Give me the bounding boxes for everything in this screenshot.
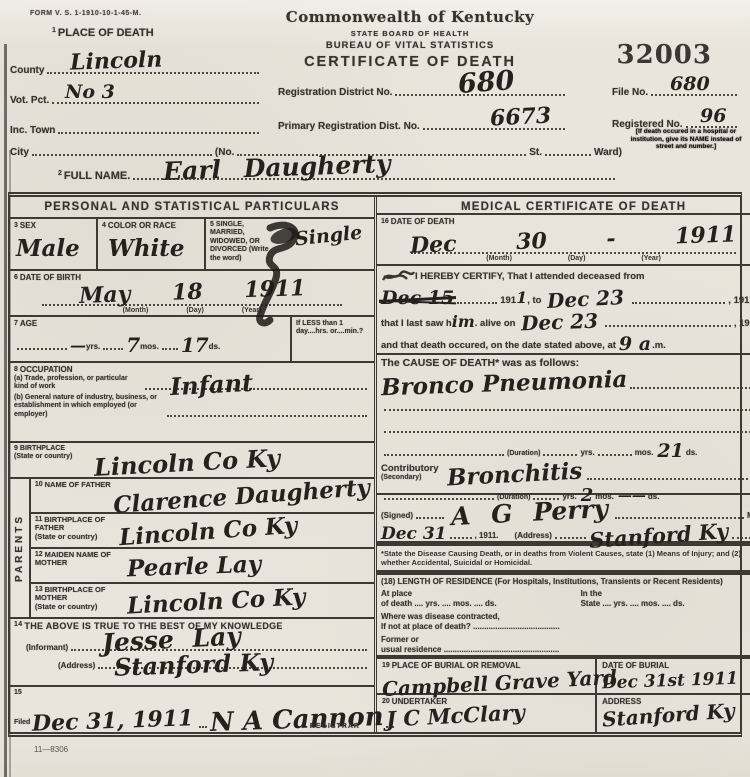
filed-date-value: Dec 31, 1911 (32, 707, 194, 735)
mother-birthplace-label-text: BIRTHPLACE OF MOTHER (35, 585, 106, 603)
parents-label-text: PARENTS (14, 514, 25, 582)
dotted-leader (605, 325, 730, 327)
sex-label: 3SEX (14, 221, 92, 231)
precinct-label: Vot. Pct. (10, 95, 49, 106)
dotted-leader (632, 302, 726, 304)
cause-duration-mos-label: mos. (635, 448, 654, 458)
birthplace-sub-label: (State or country) (14, 453, 72, 460)
signed-year: , 1911. (475, 531, 499, 541)
contributory-label: Contributory(Secondary) (381, 465, 439, 483)
mother-maiden-name-row: 12MAIDEN NAME OF MOTHER Pearle Lay (31, 549, 374, 584)
precinct-row: Vot. Pct. No 3 (10, 80, 262, 106)
occupation-a-label: (a) Trade, profession, or particular kin… (14, 375, 142, 392)
dod-sub-month: (Month) (486, 255, 512, 262)
signed-address-label: (Address) (515, 531, 552, 541)
full-name-value: Earl Daugherty (163, 151, 391, 184)
form-code-bottom: 11—8306 (34, 745, 68, 754)
dotted-leader (457, 302, 497, 304)
dotted-leader (167, 415, 367, 417)
field-number-13: 13 (35, 586, 43, 593)
age-years-value: — (70, 338, 86, 354)
burial-date-cell: DATE OF BURIAL Dec 31st 1911 (597, 659, 750, 693)
registrar-signature: N A Cannon (209, 704, 383, 736)
birthplace-label-text: BIRTHPLACE (20, 445, 65, 452)
residence-at-place: At placeof death .... yrs. .... mos. ...… (381, 589, 567, 609)
field-number-1: 1 (52, 27, 56, 34)
residence-contracted-1: Where was disease contracted, (381, 612, 500, 621)
primary-registration-label: Primary Registration Dist. No. (278, 121, 420, 132)
certify-line4: and that death occured, on the date stat… (381, 340, 616, 351)
dotted-leader (555, 537, 586, 539)
dotted-leader (384, 409, 750, 411)
burial-row: 19PLACE OF BURIAL OR REMOVAL Campbell Gr… (377, 657, 750, 695)
hospital-note: [If death occured in a hospital or insti… (630, 128, 742, 151)
age-days-label: ds. (209, 342, 221, 352)
dod-sub-day: (Day) (568, 255, 586, 262)
field-number-19: 19 (382, 662, 390, 669)
place-of-death-heading: 1PLACE OF DEATH (52, 27, 154, 39)
field-number-20: 20 (382, 698, 390, 705)
father-name-row: 10NAME OF FATHER Clarence Daugherty (31, 479, 374, 514)
occupation-row: 8OCCUPATION (a) Trade, profession, or pa… (10, 363, 374, 443)
father-birthplace-sub-label: (State or country) (35, 532, 98, 541)
sex-cell: 3SEX Male (10, 219, 98, 269)
cause-footnote: *State the Disease Causing Death, or in … (377, 543, 750, 573)
field-number-16: 16 (381, 218, 389, 225)
residence-at-place-2: of death .... yrs. .... mos. .... ds. (381, 599, 497, 608)
primary-registration-row: Primary Registration Dist. No. 6673 (278, 102, 568, 132)
race-cell: 4COLOR OR RACE White (98, 219, 206, 269)
primary-registration-value: 6673 (489, 104, 551, 129)
field-number-4: 4 (102, 222, 106, 229)
undertaker-cell: 20UNDERTAKER J C McClary (377, 695, 597, 732)
registration-district-value: 680 (457, 67, 515, 98)
sex-value: Male (16, 235, 80, 262)
parents-block: PARENTS 10NAME OF FATHER Clarence Daughe… (10, 479, 374, 619)
age-years-label: yrs. (86, 342, 100, 352)
ink-blot (240, 220, 325, 330)
filed-label: Filed (14, 719, 30, 728)
bureau-subtitle: BUREAU OF VITAL STATISTICS (255, 40, 565, 51)
mother-birthplace-row: 13BIRTHPLACE OF MOTHER(State or country)… (31, 584, 374, 617)
inc-town-label: Inc. Town (10, 125, 55, 136)
dotted-leader (199, 726, 207, 728)
burial-date-value: Dec 31st 1911 (602, 671, 739, 693)
residence-contracted-2: If not at place of death? ..............… (381, 622, 560, 631)
field-number-2: 2 (58, 170, 62, 177)
cause-duration-label: (Duration) (507, 450, 540, 459)
dotted-leader (416, 517, 444, 519)
personal-section-title: PERSONAL AND STATISTICAL PARTICULARS (10, 197, 374, 219)
certify-saw-date: Dec 23 (521, 311, 599, 334)
field-number-15: 15 (14, 689, 370, 698)
certificate-number: 32003 (617, 40, 712, 70)
residence-row: (18) LENGTH OF RESIDENCE (For Hospitals,… (377, 573, 750, 657)
certify-saw-mid: . alive on (475, 318, 516, 329)
county-label: County (10, 65, 44, 76)
certify-line1: I HEREBY CERTIFY, That I attended deceas… (415, 271, 644, 282)
field-number-6: 6 (14, 274, 18, 281)
field-number-5: 5 (210, 221, 214, 228)
residence-former: Former orusual residence ...............… (381, 635, 750, 655)
cause-duration-yrs-label: yrs. (580, 448, 594, 458)
sex-label-text: SEX (20, 221, 36, 230)
full-name-label: 2FULL NAME. (58, 170, 130, 182)
cause-of-death-row: The CAUSE OF DEATH* was as follows: Bron… (377, 355, 750, 495)
certify-to-year-printed: , 191 (728, 295, 749, 306)
certify-to-value: Dec 23 (547, 287, 625, 311)
header-center: Commonwealth of Kentucky STATE BOARD OF … (255, 8, 565, 70)
dotted-leader (543, 454, 577, 456)
certify-time-suffix: .m. (652, 340, 666, 351)
file-number-row: File No. 680 (612, 70, 740, 98)
death-certificate-scan: FORM V. S. 1-1910-10-1-45-M. 1PLACE OF D… (0, 0, 750, 777)
birthplace-value: Lincoln Co Ky (93, 446, 280, 480)
registered-number-value: 96 (700, 107, 726, 126)
parents-vertical-label: PARENTS (10, 479, 31, 617)
dotted-leader (103, 348, 123, 350)
city-label: City (10, 147, 29, 158)
field-number-10: 10 (35, 481, 43, 488)
residence-label: (18) LENGTH OF RESIDENCE (For Hospitals,… (381, 577, 750, 586)
mother-maiden-name-value: Pearle Lay (126, 552, 261, 580)
residence-at-place-1: At place (381, 589, 412, 598)
county-value: Lincoln (70, 48, 163, 73)
residence-in-state: In theState .... yrs. .... mos. .... ds. (581, 589, 750, 609)
medical-section-title: MEDICAL CERTIFICATE OF DEATH (377, 197, 750, 215)
dob-sub-month: (Month) (123, 307, 149, 314)
informant-address-value: Stanford Ky (114, 650, 274, 680)
contributory-sub-label: (Secondary) (381, 474, 421, 481)
field-number-11: 11 (35, 516, 42, 523)
dotted-leader (58, 132, 259, 134)
birthplace-row: 9BIRTHPLACE(State or country) Lincoln Co… (10, 443, 374, 479)
occupation-value: Infant (169, 371, 253, 399)
medical-column: MEDICAL CERTIFICATE OF DEATH 16DATE OF D… (374, 197, 750, 732)
field-number-9: 9 (14, 445, 18, 452)
field-number-18: (18) (381, 577, 395, 586)
age-months-label: mos. (140, 342, 159, 352)
age-months-value: 7 (126, 335, 140, 355)
certify-row: I HEREBY CERTIFY, That I attended deceas… (377, 266, 750, 355)
registered-number-row: Registered No. 96 (612, 104, 740, 130)
field-number-8: 8 (14, 366, 18, 373)
father-birthplace-value: Lincoln Co Ky (118, 513, 298, 548)
physician-signature: A G Perry (450, 496, 608, 529)
dotted-leader (384, 431, 750, 433)
file-number-label: File No. (612, 87, 648, 98)
mother-birthplace-label: 13BIRTHPLACE OF MOTHER(State or country) (35, 586, 127, 612)
father-name-label-text: NAME OF FATHER (45, 480, 111, 489)
race-value: White (108, 235, 185, 262)
date-of-death-row: 16DATE OF DEATH Dec 30 - 1911 (Month) (D… (377, 215, 750, 266)
burial-place-cell: 19PLACE OF BURIAL OR REMOVAL Campbell Gr… (377, 659, 597, 693)
certify-from-year-hw: 1 (516, 290, 527, 306)
informant-address-label: (Address) (58, 661, 95, 671)
signed-date-value: Dec 31 (381, 526, 447, 543)
cause-duration-ds-label: ds. (686, 448, 698, 458)
race-label-text: COLOR OR RACE (108, 221, 176, 230)
file-number-value: 680 (670, 75, 710, 94)
precinct-value: No 3 (65, 83, 115, 102)
dotted-leader (17, 348, 67, 350)
dod-value: Dec 30 - 1911 (410, 223, 737, 256)
undertaker-value: J C McClary (386, 701, 526, 729)
residence-label-text: LENGTH OF RESIDENCE (For Hospitals, Inst… (397, 577, 722, 586)
county-row: County Lincoln (10, 48, 262, 76)
residence-former-2: usual residence ........................… (381, 645, 559, 654)
undertaker-address-cell: ADDRESS Stanford Ky (597, 695, 750, 732)
dotted-leader (598, 454, 632, 456)
residence-in-state-2: State .... yrs. .... mos. .... ds. (581, 599, 685, 608)
undertaker-row: 20UNDERTAKER J C McClary ADDRESS Stanfor… (377, 695, 750, 732)
dob-sub-day: (Day) (186, 307, 204, 314)
field-number-12: 12 (35, 551, 43, 558)
dotted-leader (630, 387, 750, 389)
informant-label: (Informant) (26, 643, 68, 653)
field-number-14: 14 (14, 621, 22, 628)
burial-place-label-text: PLACE OF BURIAL OR REMOVAL (392, 661, 521, 670)
race-label: 4COLOR OR RACE (102, 221, 200, 231)
mother-maiden-name-label-text: MAIDEN NAME OF MOTHER (35, 550, 111, 568)
cause-duration-value: 21 (657, 442, 683, 461)
father-birthplace-row: 11BIRTHPLACE OF FATHER(State or country)… (31, 514, 374, 549)
field-number-7: 7 (14, 320, 18, 327)
dotted-leader (450, 537, 472, 539)
registration-district-row: Registration District No. 680 (278, 68, 568, 98)
father-birthplace-label-text: BIRTHPLACE OF FATHER (35, 515, 105, 533)
father-birthplace-label: 11BIRTHPLACE OF FATHER(State or country) (35, 516, 127, 542)
filed-row: 15 Filed Dec 31, 1911 N A Cannon REGISTR… (10, 687, 374, 733)
state-board-subtitle: STATE BOARD OF HEALTH (255, 29, 565, 38)
dob-label-text: DATE OF BIRTH (20, 273, 81, 282)
contributory-value: Bronchitis (446, 459, 582, 489)
mother-birthplace-value: Lincoln Co Ky (126, 585, 305, 617)
age-days-value: 17 (181, 335, 209, 355)
residence-in-state-1: In the (581, 589, 602, 598)
inc-town-row: Inc. Town (10, 112, 262, 136)
dod-sub-year: (Year) (641, 255, 660, 262)
signed-label: (Signed) (381, 511, 413, 521)
dotted-leader (587, 478, 750, 480)
registrar-label: REGISTRAR (310, 723, 360, 730)
dotted-leader (162, 348, 178, 350)
dotted-leader (384, 454, 504, 456)
occupation-label-text: OCCUPATION (20, 365, 73, 374)
certify-from-year-printed: 191 (500, 295, 516, 306)
certify-to-label: , to (527, 295, 541, 306)
certify-saw-year-printed: , 191 (734, 318, 750, 329)
certify-from-value: Dec 15 (381, 289, 454, 308)
age-label-text: AGE (20, 319, 37, 328)
certify-him-hw: im (452, 314, 475, 330)
full-name-row: 2FULL NAME. Earl Daugherty (58, 150, 618, 182)
informant-row: 14THE ABOVE IS TRUE TO THE BEST OF MY KN… (10, 619, 374, 687)
mother-maiden-name-label: 12MAIDEN NAME OF MOTHER (35, 551, 127, 568)
certify-time-value: 9 a (619, 335, 651, 354)
father-name-label: 10NAME OF FATHER (35, 481, 127, 490)
ink-scribble (381, 268, 415, 284)
signed-row: (Signed) A G Perry M. D. Dec 31 , 1911. … (377, 495, 750, 543)
form-code-top: FORM V. S. 1-1910-10-1-45-M. (30, 10, 141, 17)
father-name-value: Clarence Daugherty (112, 476, 370, 517)
place-of-death-label: PLACE OF DEATH (58, 27, 154, 39)
dod-label-text: DATE OF DEATH (391, 217, 455, 226)
scan-edge-line (4, 44, 7, 777)
certificate-table: PERSONAL AND STATISTICAL PARTICULARS 3SE… (8, 192, 742, 737)
residence-contracted: Where was disease contracted,If not at p… (381, 612, 750, 632)
occupation-b-label: (b) General nature of industry, business… (14, 394, 164, 420)
full-name-label-text: FULL NAME. (64, 170, 130, 182)
birthplace-label: 9BIRTHPLACE(State or country) (14, 445, 94, 462)
registration-district-label: Registration District No. (278, 87, 392, 98)
field-number-3: 3 (14, 222, 18, 229)
mother-birthplace-sub-label: (State or country) (35, 602, 98, 611)
contributory-label-text: Contributory (381, 463, 439, 474)
dotted-leader (732, 537, 750, 539)
residence-former-1: Former or (381, 635, 419, 644)
commonwealth-title: Commonwealth of Kentucky (255, 8, 565, 26)
certify-saw-prefix: that I last saw h (381, 318, 452, 329)
